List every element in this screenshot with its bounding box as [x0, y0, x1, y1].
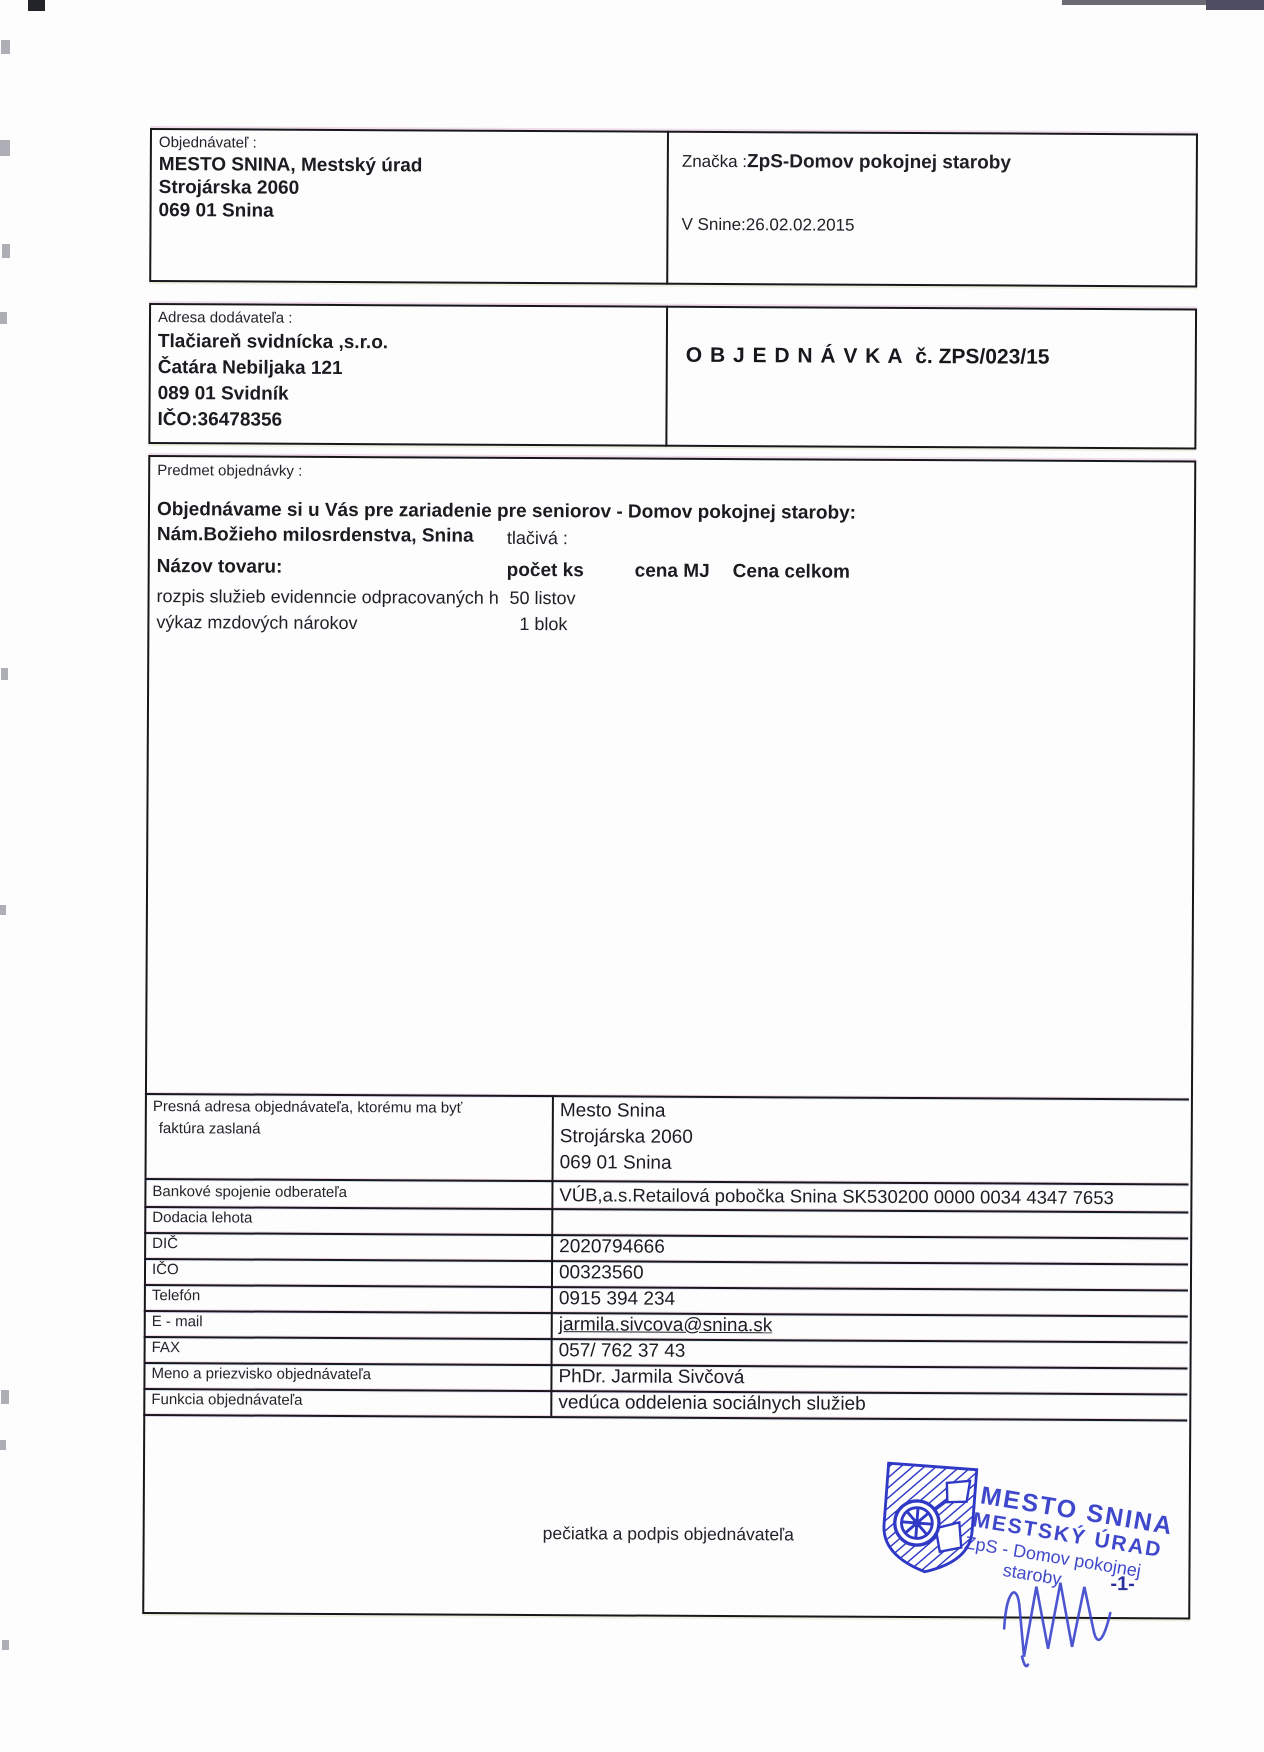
col-total-price: Cena celkom	[733, 560, 850, 584]
customer-line: 069 01 Snina	[159, 199, 423, 223]
stamp-caption: pečiatka a podpis objednávateľa	[543, 1523, 794, 1545]
scanned-order-document: Objednávateľ : MESTO SNINA, Mestský úrad…	[0, 0, 1264, 1752]
col-name: Názov tovaru:	[157, 555, 283, 579]
order-intro-address: Nám.Božieho milosrdenstva, Snina	[157, 523, 474, 548]
row-label: Meno a priezvisko objednávateľa	[151, 1365, 371, 1383]
row-label: Telefón	[152, 1287, 200, 1304]
row-value: 0915 394 234	[559, 1288, 675, 1311]
supplier-line: 089 01 Svidník	[158, 381, 388, 408]
order-word: O B J E D N Á V K A	[686, 344, 904, 368]
row-value: PhDr. Jarmila Sivčová	[558, 1366, 744, 1389]
col-qty: počet ks	[507, 559, 584, 582]
reference-label: Značka :	[682, 152, 747, 171]
customer-label: Objednávateľ :	[159, 134, 257, 152]
date-line: V Snine:26.02.02.2015	[681, 215, 854, 236]
signature-scribble	[998, 1560, 1139, 1671]
row-value: vedúca oddelenia sociálnych služieb	[558, 1392, 865, 1416]
details-table: Presná adresa objednávateľa, ktorému ma …	[145, 1093, 1187, 1419]
item-name: rozpis služieb evidenncie odpracovaných …	[157, 586, 500, 609]
divider	[665, 306, 668, 447]
invoice-address-line: 069 01 Snina	[560, 1150, 693, 1177]
reference-value: ZpS-Domov pokojnej staroby	[747, 151, 1011, 173]
row-label: Bankové spojenie odberateľa	[152, 1183, 347, 1201]
row-label: Funkcia objednávateľa	[151, 1391, 302, 1409]
subject-label: Predmet objednávky :	[157, 462, 302, 480]
supplier-box: Adresa dodávateľa : Tlačiareň svidnícka …	[148, 303, 1197, 449]
snina-coat-of-arms-icon	[877, 1459, 981, 1580]
supplier-label: Adresa dodávateľa :	[158, 309, 293, 327]
forms-label: tlačivá :	[507, 528, 568, 549]
row-value: VÚB,a.s.Retailová pobočka Snina SK530200…	[559, 1184, 1114, 1209]
row-label: E - mail	[152, 1313, 203, 1330]
invoice-address-line: Mesto Snina	[560, 1098, 693, 1125]
customer-line: Strojárska 2060	[159, 176, 423, 200]
invoice-address-line: Strojárska 2060	[560, 1124, 693, 1151]
customer-line: MESTO SNINA, Mestský úrad	[159, 153, 423, 177]
row-value: 2020794666	[559, 1236, 665, 1259]
row-value: 00323560	[559, 1262, 644, 1284]
customer-box: Objednávateľ : MESTO SNINA, Mestský úrad…	[149, 128, 1198, 287]
subject-box: Predmet objednávky : Objednávame si u Vá…	[142, 455, 1196, 1619]
item-qty: 50 listov	[509, 588, 575, 609]
email-value: jarmila.sivcova@snina.sk	[559, 1314, 773, 1337]
supplier-line: Tlačiareň svidnícka ,s.r.o.	[158, 329, 388, 356]
supplier-line: IČO:36478356	[157, 407, 387, 434]
item-qty: 1 blok	[519, 614, 567, 635]
row-label: IČO	[152, 1261, 179, 1278]
divider	[666, 131, 669, 285]
row-label: Presná adresa objednávateľa, ktorému ma …	[153, 1098, 462, 1117]
supplier-line: Čatára Nebiljaka 121	[158, 355, 388, 382]
row-label: DIČ	[152, 1235, 178, 1252]
row-label: Dodacia lehota	[152, 1209, 252, 1227]
row-value: 057/ 762 37 43	[559, 1340, 686, 1363]
row-label: FAX	[152, 1339, 180, 1356]
col-unit-price: cena MJ	[635, 560, 710, 583]
table-row: Presná adresa objednávateľa, ktorému ma …	[147, 1095, 1187, 1183]
order-intro: Objednávame si u Vás pre zariadenie pre …	[157, 498, 856, 525]
reference-line: Značka :ZpS-Domov pokojnej staroby	[682, 151, 1011, 175]
item-name: výkaz mzdových nárokov	[156, 612, 499, 635]
order-number: č. ZPS/023/15	[915, 345, 1049, 369]
row-label-2: faktúra zaslaná	[159, 1120, 261, 1138]
table-row: Funkcia objednávateľa vedúca oddelenia s…	[145, 1388, 1185, 1419]
order-number-title: O B J E D N Á V K A č. ZPS/023/15	[686, 344, 1050, 370]
